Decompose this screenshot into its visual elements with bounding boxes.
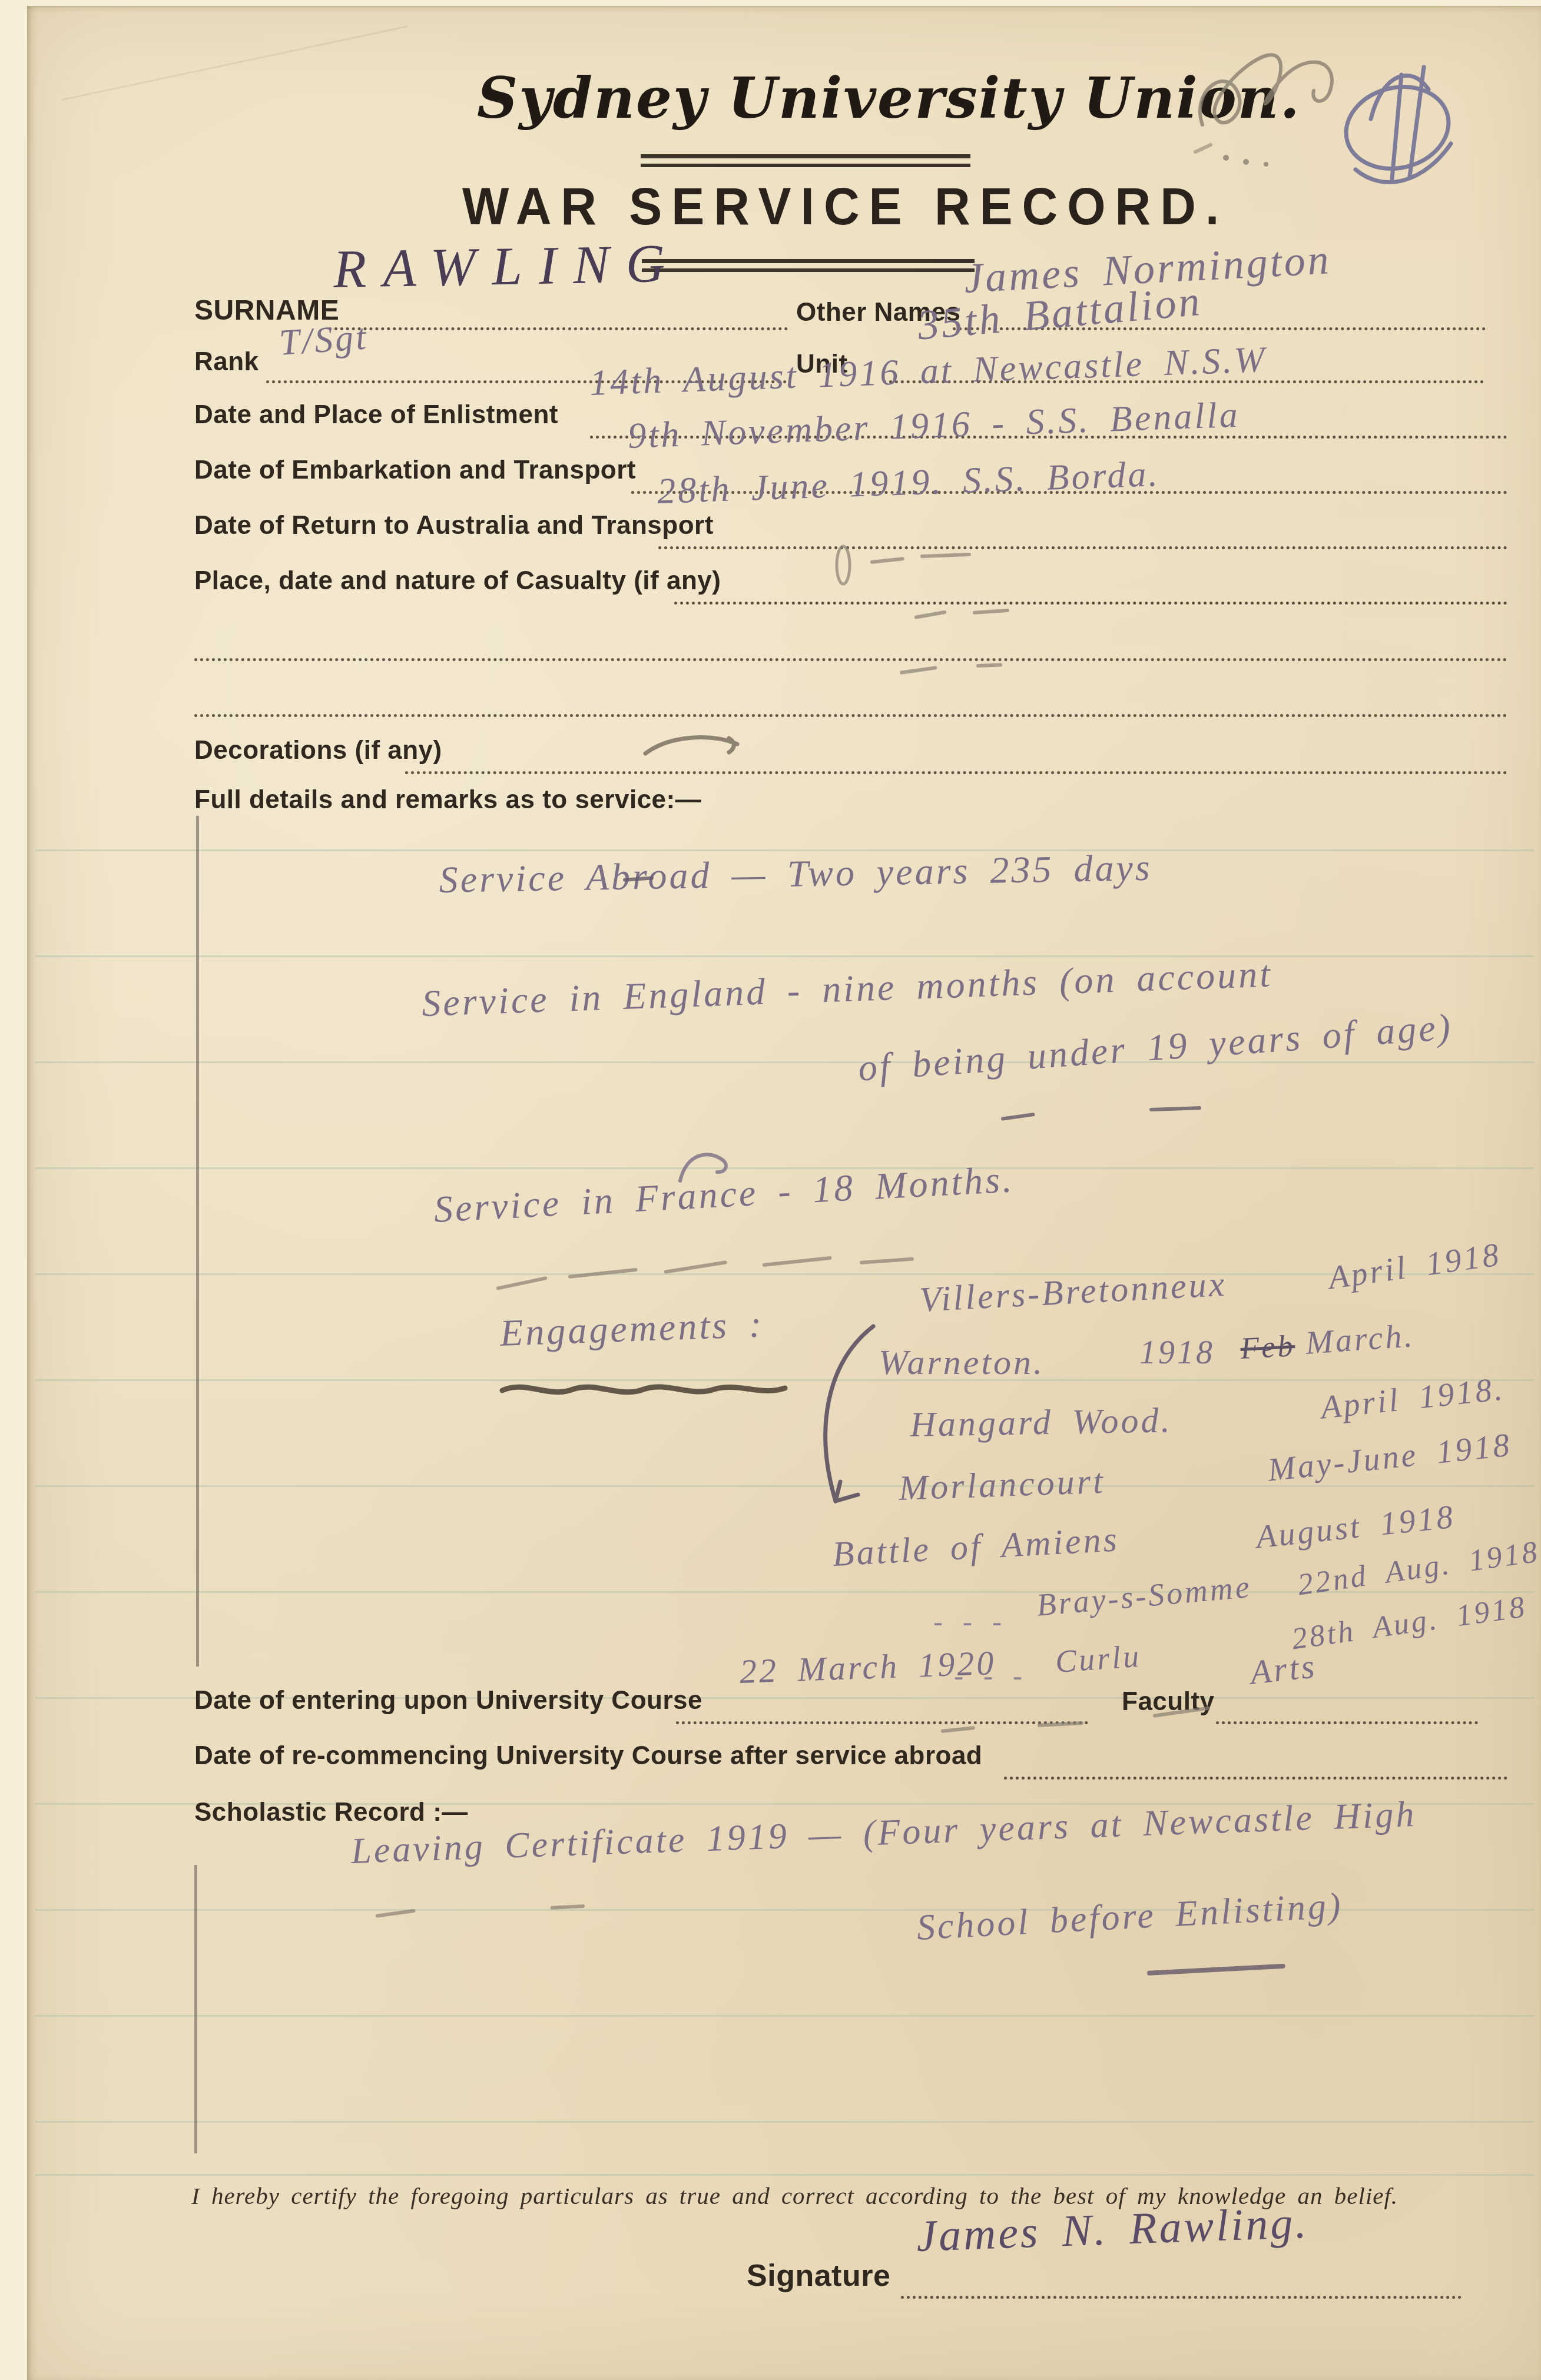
wavy-underline (499, 1377, 794, 1403)
engagement-2-year: 1918 (1139, 1334, 1215, 1372)
field-signature-dotted-line (901, 2263, 1462, 2299)
field-return-dotted-line (658, 513, 1507, 549)
scholastic-heading: Scholastic Record :— (194, 1798, 468, 1827)
pencil-brace (810, 1322, 886, 1522)
field-faculty-value: Arts (1248, 1646, 1318, 1692)
engagement-6-leader: - - - (933, 1606, 1004, 1638)
field-university-course-label: Date of entering upon University Course (194, 1686, 702, 1715)
ruled-line (35, 955, 1534, 957)
ruled-line (35, 1485, 1534, 1487)
pencil-swoosh (641, 730, 747, 761)
field-casualty-dotted-line (674, 569, 1507, 605)
title-divider (641, 154, 970, 167)
engagement-2-month: March. (1304, 1317, 1416, 1362)
ruled-line (35, 1167, 1534, 1169)
scanned-war-service-record: { "header": { "organization": "Sydney Un… (0, 0, 1541, 2380)
ruled-line (35, 2015, 1534, 2017)
field-rank-label: Rank (194, 347, 259, 377)
field-surname-dotted-line (329, 294, 788, 330)
ruled-line (35, 2121, 1534, 2123)
field-return-label: Date of Return to Australia and Transpor… (194, 511, 714, 540)
field-faculty-dotted-line (1216, 1688, 1478, 1724)
pencil-margin-line (194, 1865, 197, 2153)
engagement-3-place: Hangard Wood. (910, 1400, 1172, 1445)
blank-dotted-line (194, 625, 1507, 661)
field-surname-value: RAWLING (333, 232, 682, 300)
field-embarkation-label: Date of Embarkation and Transport (194, 456, 636, 485)
field-signature-label: Signature (747, 2258, 890, 2293)
field-decorations-dotted-line (405, 738, 1507, 774)
pencil-margin-line (196, 816, 199, 1667)
engagement-2-place: Warneton. (879, 1342, 1045, 1383)
ruled-line (35, 1273, 1534, 1275)
blank-dotted-line (194, 681, 1507, 717)
field-university-course-dotted-line (676, 1688, 1088, 1724)
engagement-7-place: Curlu (1054, 1638, 1142, 1680)
engagements-label: Engagements : (499, 1302, 764, 1355)
subtitle-divider (642, 259, 975, 272)
field-enlistment-label: Date and Place of Enlistment (194, 400, 558, 430)
organization-title: Sydney University Union. (477, 65, 1207, 131)
details-heading: Full details and remarks as to service:— (194, 785, 701, 815)
field-recommencing-dotted-line (1004, 1744, 1507, 1780)
ruled-line (35, 2174, 1534, 2176)
field-casualty-label: Place, date and nature of Casualty (if a… (194, 566, 721, 596)
ruled-line (35, 849, 1534, 851)
engagement-4-place: Morlancourt (898, 1461, 1106, 1509)
ink-monogram (1335, 54, 1471, 213)
form-title: WAR SERVICE RECORD. (462, 177, 1219, 237)
engagement-2-struck-word: Feb (1240, 1329, 1296, 1366)
pencil-loop (833, 543, 856, 587)
ruled-line (35, 1061, 1534, 1063)
field-recommencing-label: Date of re-commencing University Course … (194, 1741, 982, 1771)
